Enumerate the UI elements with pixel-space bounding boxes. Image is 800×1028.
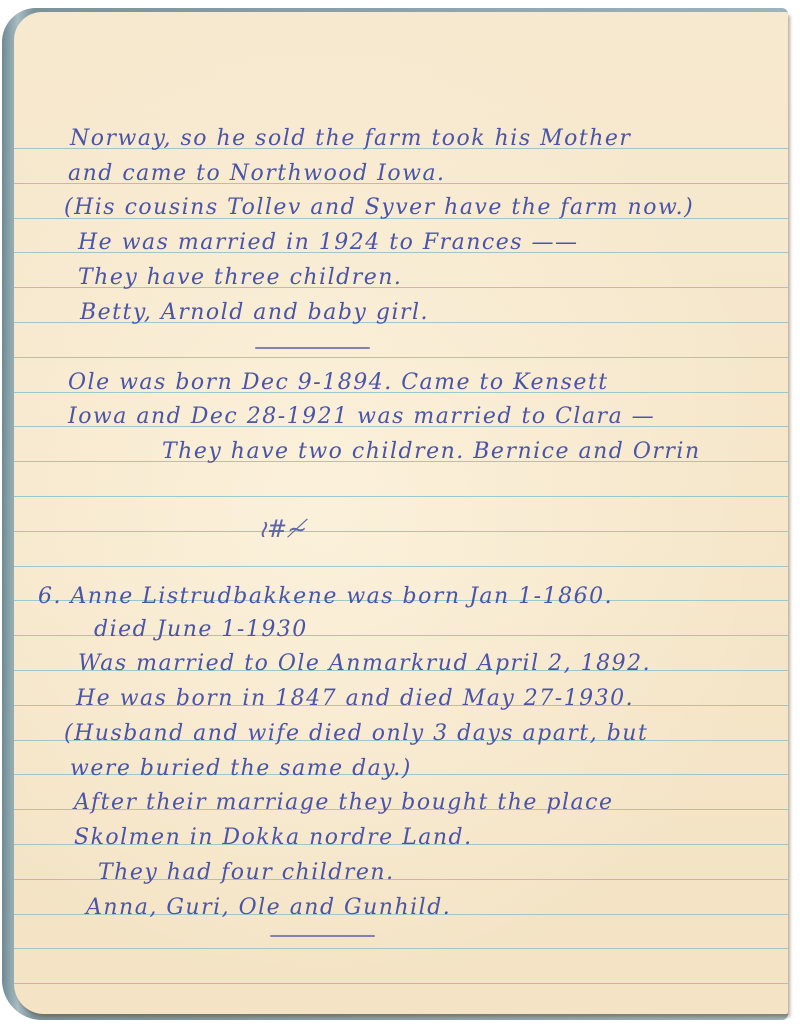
separator-line-1 [255, 347, 370, 349]
text-line-17: Skolmen in Dokka nordre Land. [74, 825, 473, 850]
ruled-line [14, 566, 788, 567]
separator-line-2 [270, 935, 375, 937]
text-line-5: They have three children. [78, 265, 402, 290]
text-line-11: died June 1-1930 [94, 617, 308, 642]
ruled-line [14, 496, 788, 497]
section-divider-mark: ≀#≁ [258, 515, 307, 543]
text-line-1: Norway, so he sold the farm took his Mot… [70, 126, 631, 151]
text-line-10: 6. Anne Listrudbakkene was born Jan 1-18… [38, 584, 613, 609]
ruled-line [14, 357, 788, 358]
text-line-9: They have two children. Bernice and Orri… [162, 439, 701, 464]
text-line-13: He was born in 1847 and died May 27-1930… [76, 686, 634, 711]
text-line-4: He was married in 1924 to Frances —— [78, 230, 579, 255]
text-line-12: Was married to Ole Anmarkrud April 2, 18… [78, 651, 651, 676]
text-line-6: Betty, Arnold and baby girl. [80, 300, 429, 325]
text-line-18: They had four children. [98, 860, 395, 885]
text-line-7: Ole was born Dec 9-1894. Came to Kensett [68, 370, 609, 395]
text-line-16: After their marriage they bought the pla… [74, 790, 613, 815]
ruled-line [14, 948, 788, 949]
ruled-line [14, 983, 788, 984]
text-line-2: and came to Northwood Iowa. [68, 161, 446, 186]
text-line-15: were buried the same day.) [70, 756, 412, 781]
text-line-19: Anna, Guri, Ole and Gunhild. [86, 895, 451, 920]
text-line-3: (His cousins Tollev and Syver have the f… [64, 195, 694, 220]
text-line-14: (Husband and wife died only 3 days apart… [64, 721, 648, 746]
text-line-8: Iowa and Dec 28-1921 was married to Clar… [68, 404, 655, 429]
ruled-line [14, 531, 788, 532]
